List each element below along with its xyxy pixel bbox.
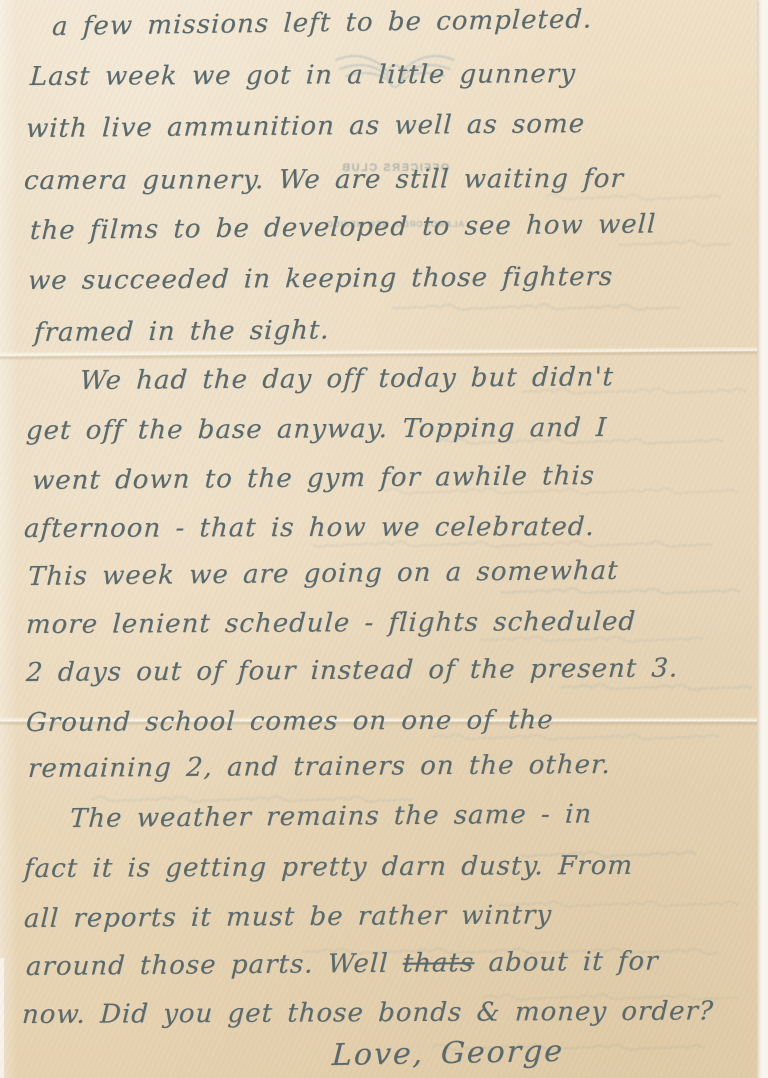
bleed-through-line bbox=[498, 901, 738, 907]
fold-crease-top bbox=[0, 346, 757, 360]
bleed-through-line bbox=[432, 1044, 704, 1050]
handwriting-line: get off the base anyway. Topping and I bbox=[25, 413, 608, 446]
handwriting-segment: around those parts. Well bbox=[25, 949, 403, 982]
fold-crease-bottom bbox=[0, 717, 757, 726]
bleed-through-line bbox=[545, 194, 721, 200]
alamogordo-bleed-through: ALAMOGORDO, NEW MEXICO bbox=[316, 220, 474, 229]
officers-club-bleed-through: OFFICERS CLUB bbox=[330, 162, 460, 174]
signature: Love, George bbox=[331, 1034, 565, 1073]
letter-scan: OFFICERS CLUB ALAMOGORDO, NEW MEXICO a f… bbox=[0, 0, 768, 1078]
handwriting-line: we succeeded in keeping those fighters bbox=[27, 262, 614, 296]
handwriting-line: the films to be developed to see how wel… bbox=[29, 209, 657, 246]
handwriting-segment: about it for bbox=[474, 946, 660, 978]
bleed-through-line bbox=[312, 541, 712, 547]
handwriting-line: fact it is getting pretty darn dusty. Fr… bbox=[23, 851, 633, 884]
handwriting-line: This week we are going on a somewhat bbox=[27, 556, 619, 592]
bleed-through-line bbox=[500, 588, 740, 594]
handwriting-line: We had the day off today but didn't bbox=[79, 362, 614, 396]
handwriting-line: around those parts. Well thats about it … bbox=[25, 946, 659, 982]
handwriting-line: framed in the sight. bbox=[33, 315, 330, 348]
bleed-through-line bbox=[482, 994, 738, 1000]
bleed-through-line bbox=[560, 684, 752, 690]
handwriting-line: Ground school comes on one of the bbox=[25, 705, 554, 738]
handwriting-line: The weather remains the same - in bbox=[69, 799, 592, 834]
handwriting-line: remaining 2, and trainers on the other. bbox=[27, 750, 611, 784]
crossed-out-word: thats bbox=[402, 948, 475, 979]
handwriting-line: Last week we got in a little gunnery bbox=[29, 59, 576, 92]
paper-edge-sliver bbox=[0, 958, 4, 1078]
bleed-through-line bbox=[392, 304, 680, 310]
handwriting-line: now. Did you get those bonds & money ord… bbox=[21, 996, 714, 1030]
letter-paper: OFFICERS CLUB ALAMOGORDO, NEW MEXICO a f… bbox=[0, 0, 757, 1078]
bleed-through-line bbox=[618, 241, 730, 246]
handwriting-line: 2 days out of four instead of the presen… bbox=[25, 653, 679, 688]
bleed-through-line bbox=[480, 636, 704, 642]
bleed-through-line bbox=[435, 438, 723, 444]
bleed-through-line bbox=[385, 488, 737, 494]
handwriting-line: with live ammunition as well as some bbox=[25, 109, 585, 144]
bleed-through-line bbox=[522, 388, 746, 394]
handwriting-line: a few missions left to be completed. bbox=[51, 4, 592, 42]
handwriting-line: more lenient schedule - flights schedule… bbox=[25, 607, 636, 640]
handwriting-line: all reports it must be rather wintry bbox=[23, 900, 552, 934]
bleed-through-line bbox=[92, 796, 412, 802]
wings-emblem-bleed-through bbox=[328, 46, 462, 104]
handwriting-line: afternoon - that is how we celebrated. bbox=[23, 512, 595, 544]
bleed-through-line bbox=[432, 734, 720, 740]
handwriting-line: camera gunnery. We are still waiting for bbox=[23, 164, 624, 196]
bleed-through-line bbox=[302, 948, 718, 954]
bleed-through-line bbox=[520, 851, 696, 857]
handwriting-line: went down to the gym for awhile this bbox=[31, 461, 595, 496]
bleed-through-writing bbox=[0, 0, 768, 1078]
